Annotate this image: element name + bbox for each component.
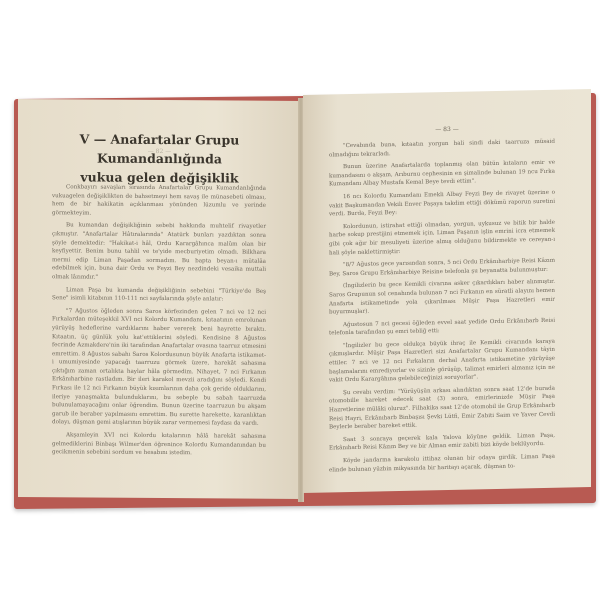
right-page: — 83 — "Cevabında buna, kıtaatın yorgun … [303,89,591,493]
left-page: — 82 — V — Anafartalar Grupu Kumandanlığ… [18,99,301,499]
paragraph: Conkbayırı savaşları sırasında Anafartal… [52,183,266,219]
paragraph: "İngilizler bu gece oldukça büyük ihraç … [329,338,555,386]
paragraph: (İngilizlerin bu gece Kemikli civarına a… [329,278,555,317]
paragraph: "8/7 Ağustos gece yarısından sonra, 5 nc… [329,257,555,279]
chapter-title-line1: V — Anafartalar Grupu Kumandanlığında [18,129,301,169]
paragraph: Şu cevabı verdim: "Yürüyüşün arkası alın… [329,385,555,433]
paragraph: Ağustosun 7 nci gecesi öğleden evvel saa… [329,316,555,338]
right-page-number: — 83 — [303,123,591,136]
paragraph: "Cevabında buna, kıtaatın yorgun hali si… [329,138,555,160]
paragraph: "7 Ağustos öğleden sonra Saros körfezind… [52,307,266,429]
paragraph: Köyde jandarma karakolu ittihaz olunan b… [329,453,555,475]
paragraph: Kolordunun, istirahat ettiği olmadan, yo… [329,218,555,257]
paragraph: Akşamleyin XVI nci Kolordu kıtalarının h… [52,431,266,458]
open-book: — 82 — V — Anafartalar Grupu Kumandanlığ… [14,96,596,506]
paragraph: Bunun üzerine Anafartalarda toplanmış ol… [329,159,555,190]
paragraph: Saat 3 sonraya geçerek kala Yalova köyün… [329,432,555,454]
chapter-title: V — Anafartalar Grupu Kumandanlığında vu… [18,129,301,188]
left-page-body: Conkbayırı savaşları sırasında Anafartal… [52,183,266,462]
paragraph: 16 ncı Kolordu Kumandanı Emekli Albay Fe… [329,189,555,220]
right-page-body: "Cevabında buna, kıtaatın yorgun hali si… [329,138,555,479]
paragraph: Liman Paşa bu kumanda değişikliğinin seb… [52,286,266,305]
paragraph: Bu kumandan değişikliğinin sebebi hakkın… [52,222,266,284]
